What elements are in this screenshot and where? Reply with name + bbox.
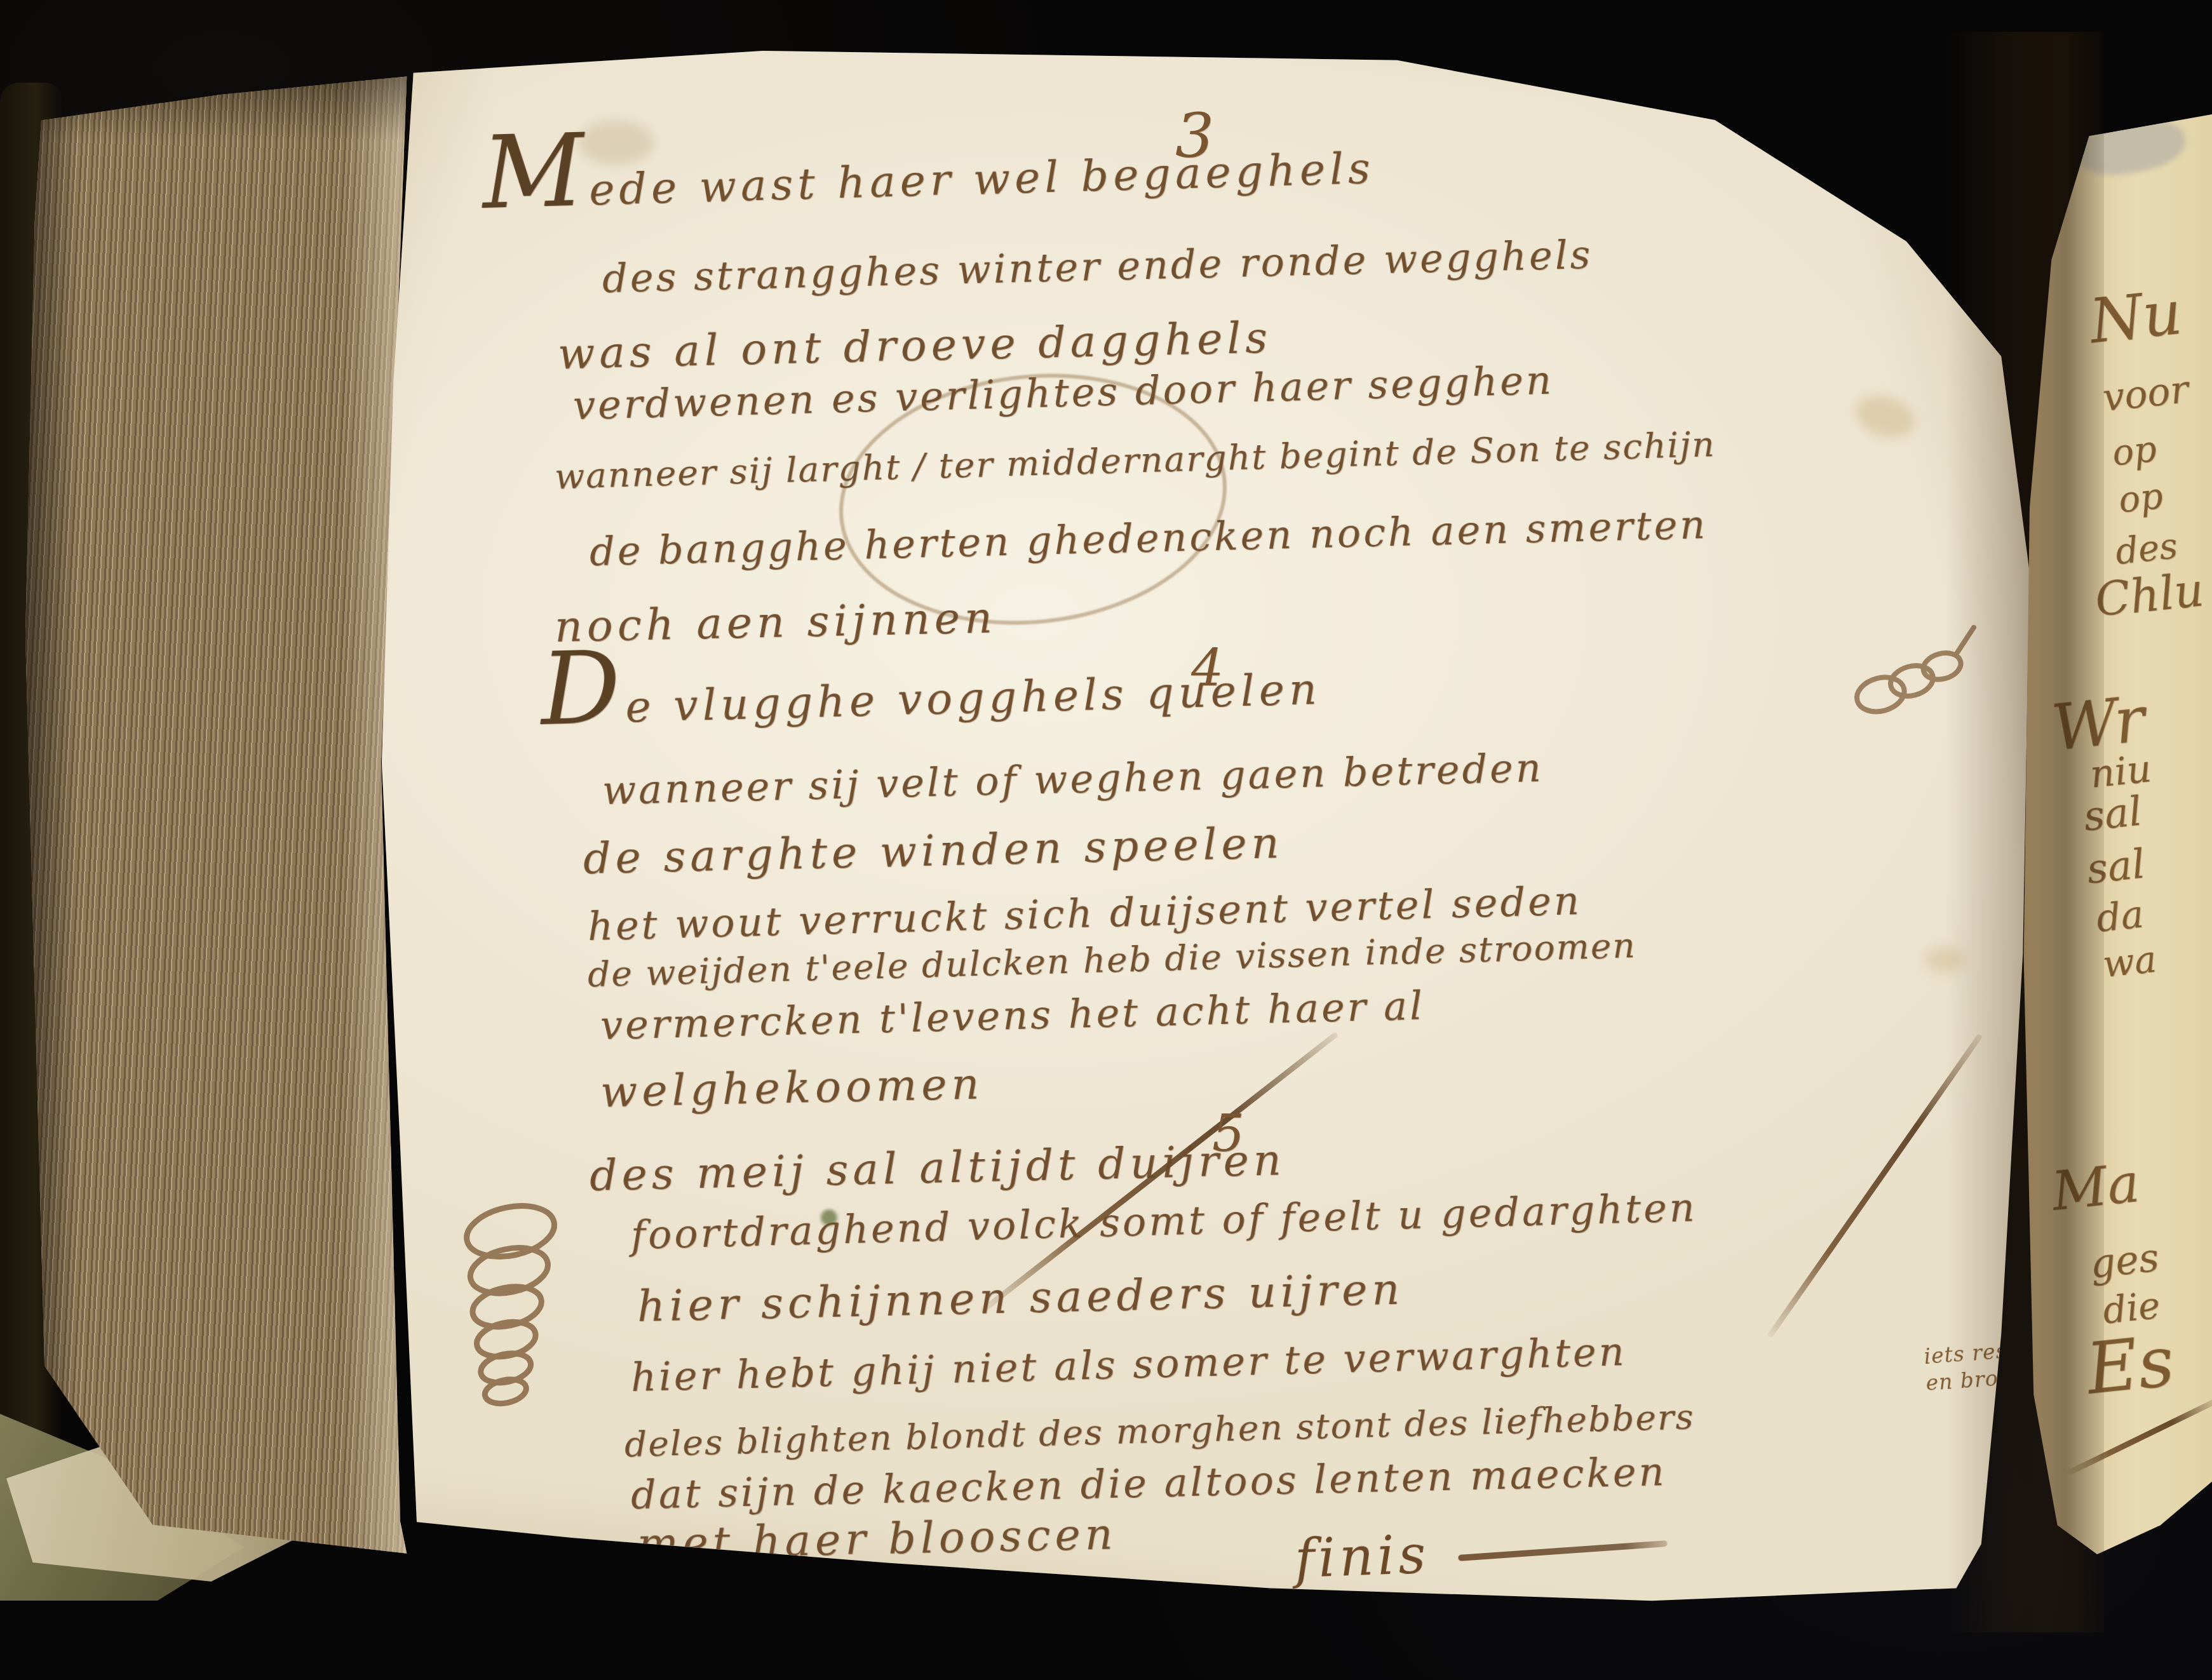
facing-page-word: op [2110, 429, 2159, 474]
paper-stain [578, 121, 654, 165]
book-fore-edge-pages [25, 51, 432, 1562]
facing-page-word: Ma [2049, 1152, 2142, 1223]
manuscript-photo: 3 Mede wast haer wel begaeghels [0, 0, 2212, 1680]
manuscript-line: hier schijnnen saeders uijren [637, 1265, 1405, 1332]
facing-page-word: Es [2083, 1320, 2178, 1410]
manuscript-line: de sarghte winden speelen [583, 818, 1284, 884]
facing-page-word: wa [2101, 937, 2159, 986]
manuscript-line: vermercken t'levens het acht haer al [600, 982, 1425, 1049]
paper-stain [1851, 389, 1920, 445]
manuscript-line: welghekoomen [600, 1059, 984, 1117]
marginal-note-line: en broot [1925, 1364, 2021, 1397]
finis-dash [1458, 1540, 1668, 1561]
paper-stain [1925, 946, 1964, 973]
facing-page-word: voor [2101, 367, 2190, 420]
facing-page-word: ges [2087, 1234, 2161, 1287]
facing-page-word: da [2094, 892, 2146, 941]
facing-page-word: op [2117, 476, 2165, 521]
pen-flourish-curl [1840, 615, 1998, 737]
marginal-note-line: iets rest [1923, 1337, 2020, 1370]
facing-page-word: sal [2084, 840, 2147, 893]
manuscript-line: hier hebt ghij niet als somer te verwarg… [630, 1328, 1627, 1401]
facing-page-word: sal [2081, 788, 2144, 840]
finis-mark: finis [1293, 1515, 1668, 1590]
manuscript-line: wanneer sij velt of weghen gaen betreden [602, 744, 1544, 814]
facing-page-word: Chlu [2093, 563, 2206, 627]
finis-label: finis [1293, 1523, 1430, 1590]
manuscript-page: 3 Mede wast haer wel begaeghels [368, 44, 2033, 1620]
paper-fragment [2074, 113, 2188, 182]
pen-flourish-stroke [1767, 1033, 1983, 1338]
manuscript-line: met haer blooscen [637, 1509, 1117, 1569]
pen-flourish-stroke [2067, 1398, 2212, 1475]
facing-page: Nu voor op op des Chlu Wr niu sal sal da… [2014, 114, 2212, 1569]
marginal-note: iets rest en broot [1923, 1337, 2021, 1397]
facing-page-word: Nu [2087, 278, 2185, 357]
manuscript-line: des meij sal altijdt duijren [589, 1135, 1286, 1201]
manuscript-line: De vlugghe vogghels quelen [541, 664, 1322, 735]
pen-flourish-spiral [410, 1183, 619, 1441]
manuscript-line: des strangghes winter ende ronde wegghel… [602, 231, 1593, 302]
